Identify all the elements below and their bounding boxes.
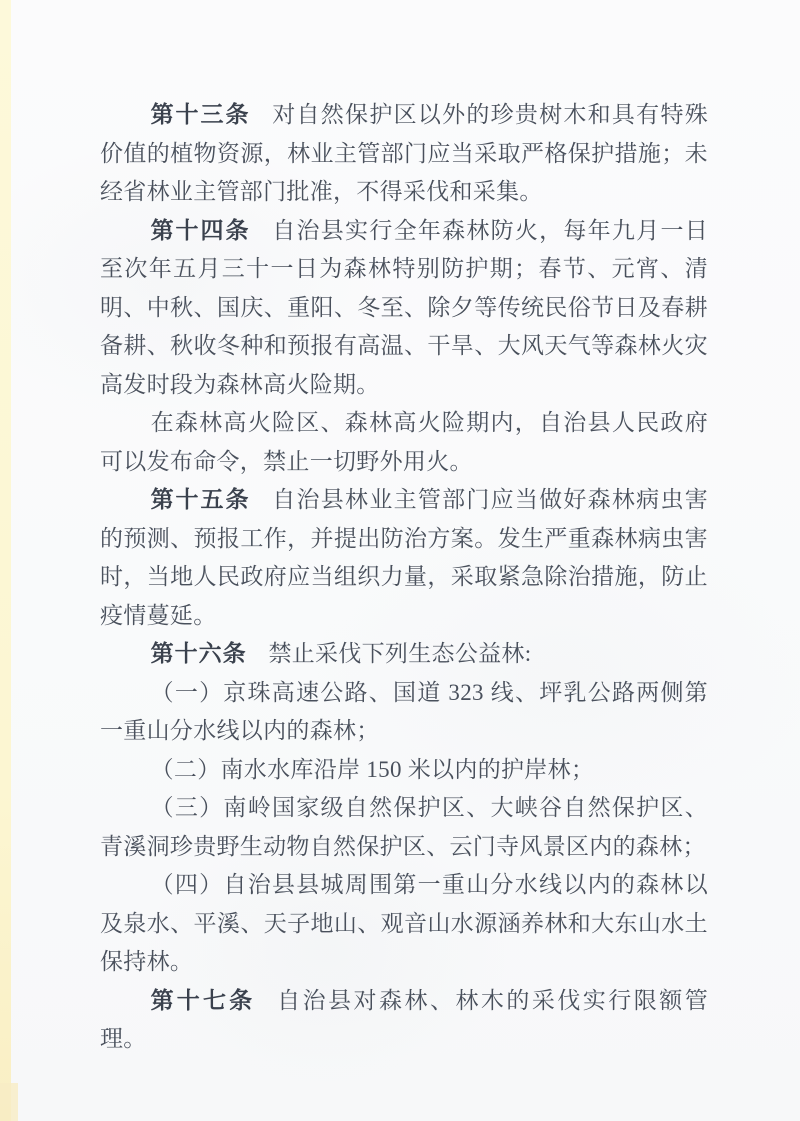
article-number: 第十七条 xyxy=(151,988,256,1014)
scanned-page: 第十三条对自然保护区以外的珍贵树木和具有特殊价值的植物资源，林业主管部门应当采取… xyxy=(0,0,800,1121)
list-item-2: （二）南水水库沿岸 150 米以内的护岸林； xyxy=(100,751,708,790)
paragraph-text: （一）京珠高速公路、国道 323 线、坪乳公路两侧第一重山分水线以内的森林； xyxy=(100,680,708,744)
list-item-4: （四）自治县县城周围第一重山分水线以内的森林以及泉水、平溪、天子地山、观音山水源… xyxy=(100,866,708,982)
paragraph-article-14: 第十四条自治县实行全年森林防火，每年九月一日至次年五月三十一日为森林特别防护期；… xyxy=(100,212,708,405)
paragraph-text: 自治县实行全年森林防火，每年九月一日至次年五月三十一日为森林特别防护期；春节、元… xyxy=(100,218,708,397)
paragraph-article-17: 第十七条自治县对森林、林木的采伐实行限额管理。 xyxy=(100,982,708,1059)
paragraph-text: 禁止采伐下列生态公益林: xyxy=(268,641,531,666)
list-item-1: （一）京珠高速公路、国道 323 线、坪乳公路两侧第一重山分水线以内的森林； xyxy=(100,674,708,751)
paragraph-text: （三）南岭国家级自然保护区、大峡谷自然保护区、青溪洞珍贵野生动物自然保护区、云门… xyxy=(100,795,708,859)
document-text-block: 第十三条对自然保护区以外的珍贵树木和具有特殊价值的植物资源，林业主管部门应当采取… xyxy=(100,96,708,1059)
paragraph-article-16: 第十六条禁止采伐下列生态公益林: xyxy=(100,635,708,674)
paragraph-article-15: 第十五条自治县林业主管部门应当做好森林病虫害的预测、预报工作，并提出防治方案。发… xyxy=(100,481,708,635)
article-number: 第十五条 xyxy=(151,487,251,513)
article-number: 第十六条 xyxy=(151,641,247,667)
paragraph-fire-ban: 在森林高火险区、森林高火险期内，自治县人民政府可以发布命令，禁止一切野外用火。 xyxy=(100,404,708,481)
list-item-3: （三）南岭国家级自然保护区、大峡谷自然保护区、青溪洞珍贵野生动物自然保护区、云门… xyxy=(100,789,708,866)
paragraph-text: （二）南水水库沿岸 150 米以内的护岸林； xyxy=(151,757,595,782)
article-number: 第十四条 xyxy=(151,218,251,244)
paragraph-text: 在森林高火险区、森林高火险期内，自治县人民政府可以发布命令，禁止一切野外用火。 xyxy=(100,410,708,474)
article-number: 第十三条 xyxy=(151,102,251,128)
paragraph-article-13: 第十三条对自然保护区以外的珍贵树木和具有特殊价值的植物资源，林业主管部门应当采取… xyxy=(100,96,708,212)
scan-left-edge xyxy=(0,0,11,1121)
paragraph-text: （四）自治县县城周围第一重山分水线以内的森林以及泉水、平溪、天子地山、观音山水源… xyxy=(100,872,708,974)
